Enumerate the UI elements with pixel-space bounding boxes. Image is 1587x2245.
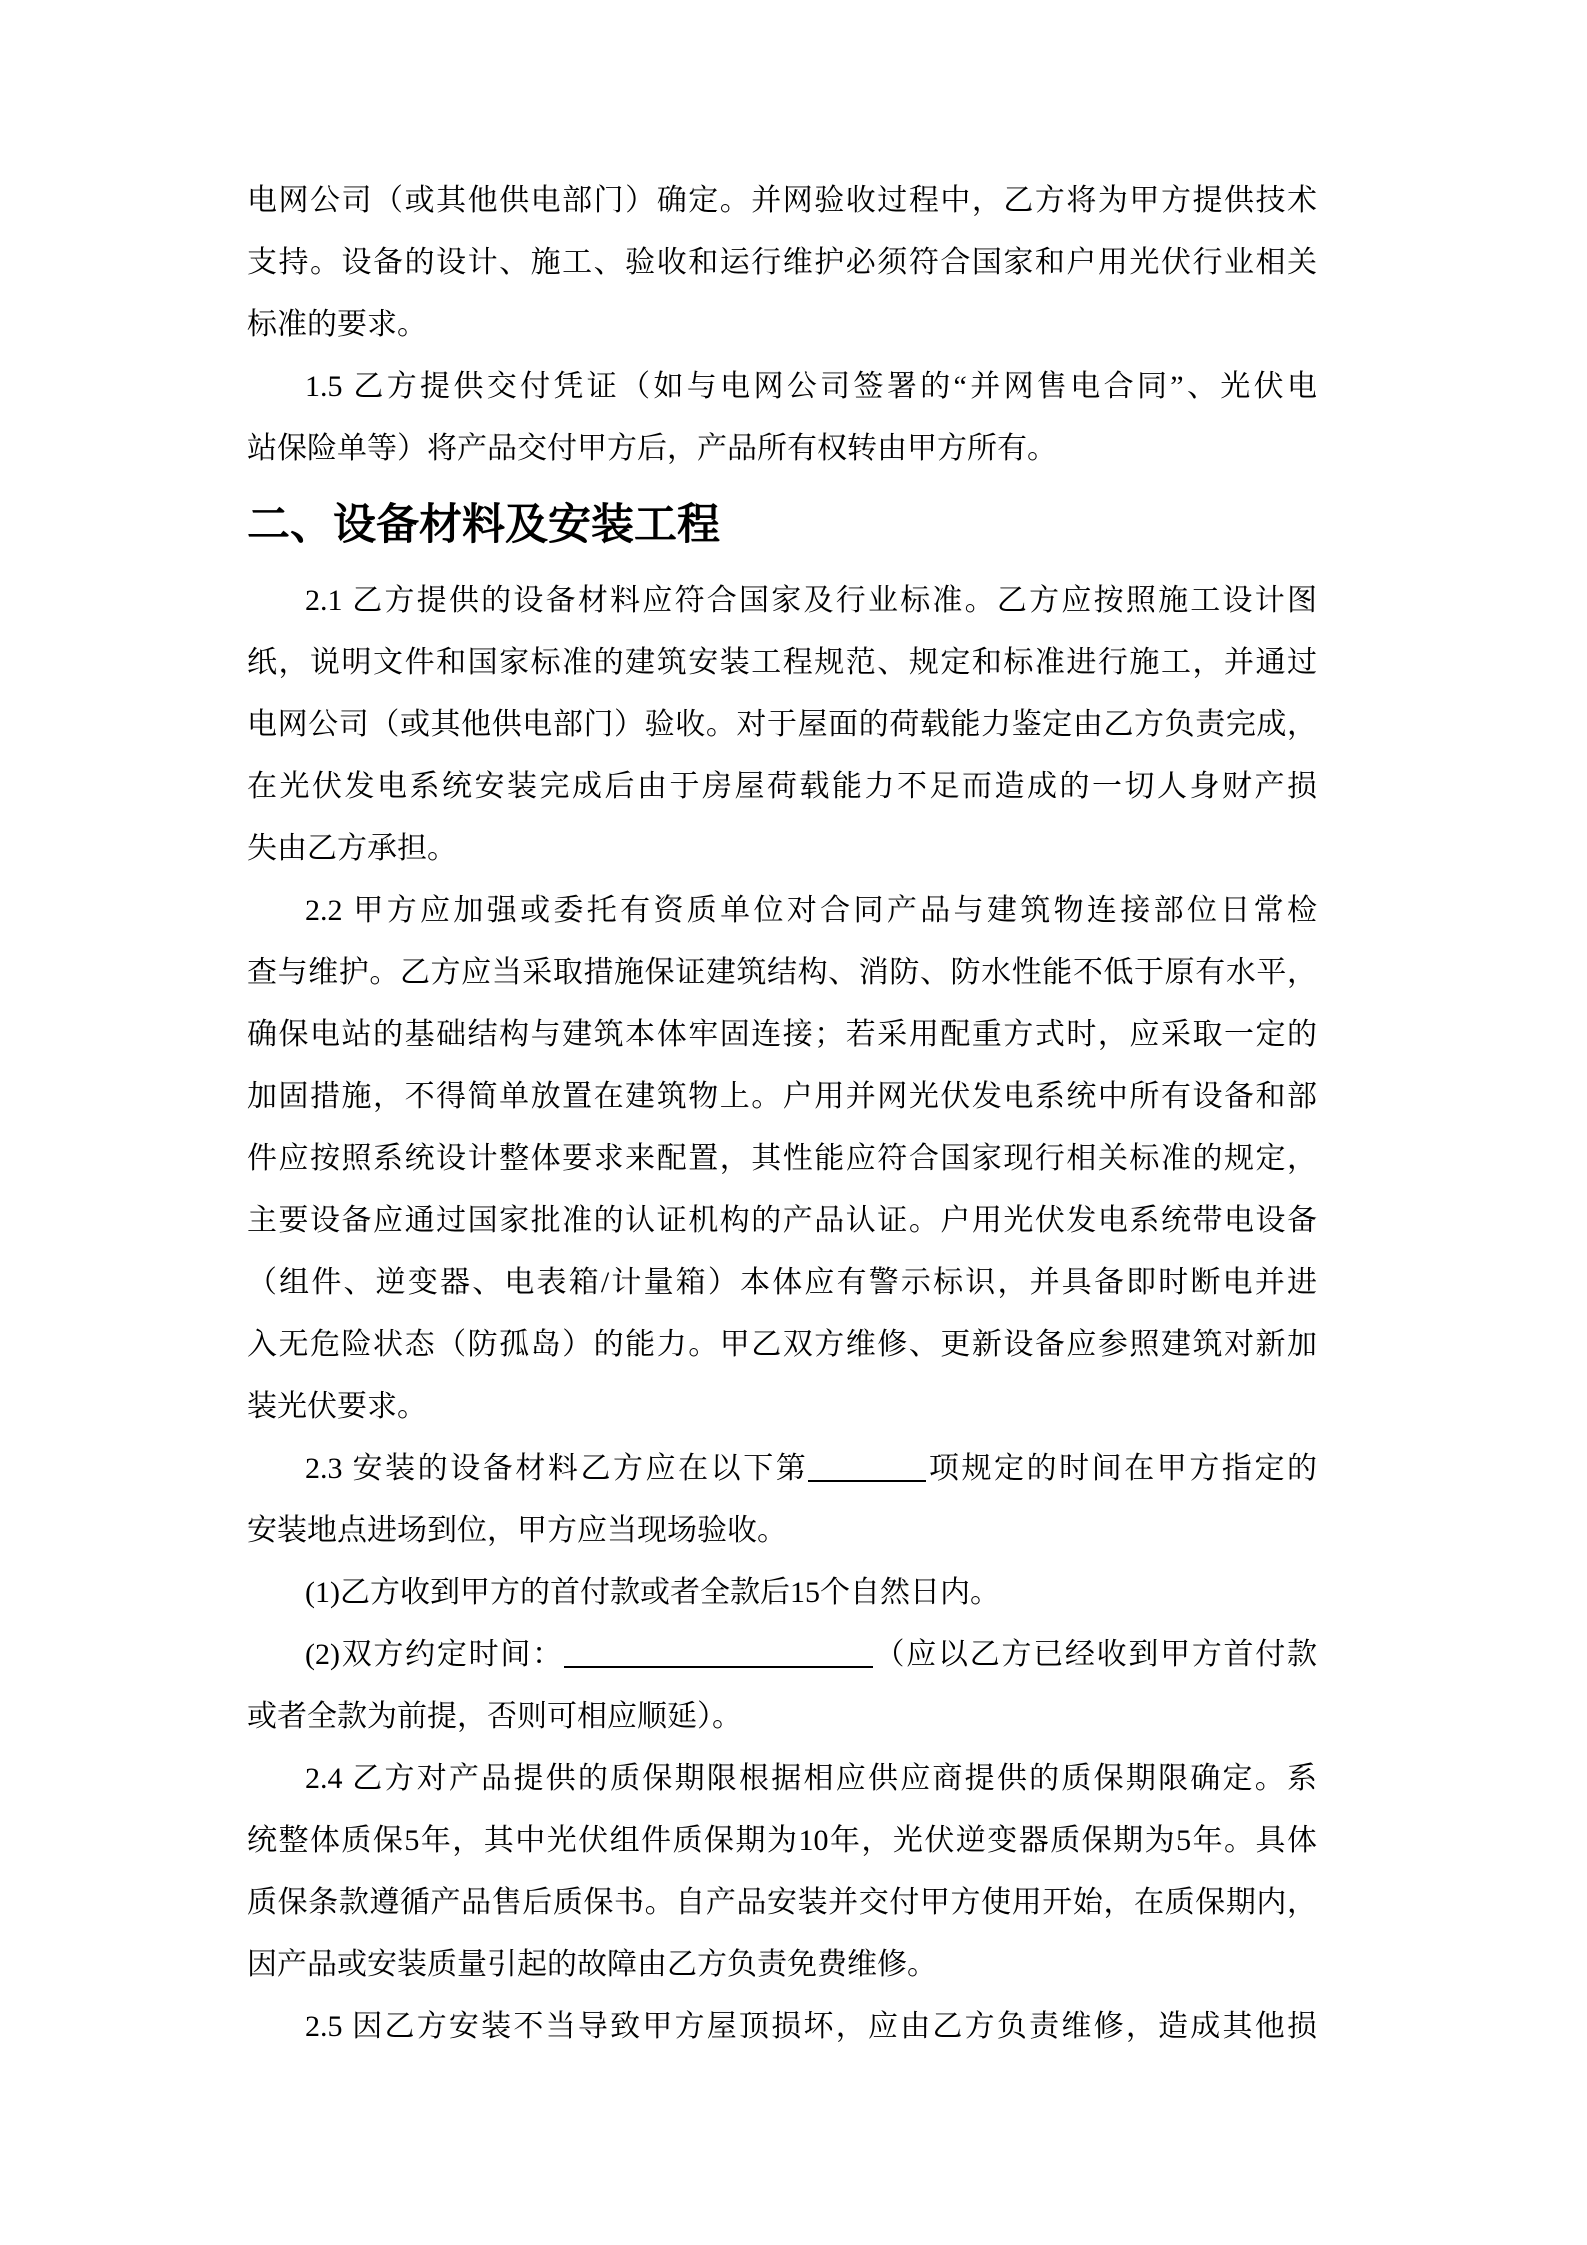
document-page: 电网公司（或其他供电部门）确定。并网验收过程中，乙方将为甲方提供技术 支持。设备…: [0, 0, 1587, 2245]
clause-text: （应以乙方已经收到甲方首付款: [873, 1638, 1317, 1671]
clause-line: 装光伏要求。: [247, 1376, 1317, 1438]
clause-line: (1)乙方收到甲方的首付款或者全款后15个自然日内。: [247, 1562, 1317, 1624]
clause-line: 因产品或安装质量引起的故障由乙方负责免费维修。: [247, 1934, 1317, 1996]
fill-in-blank: [564, 1658, 873, 1668]
clause-line: 2.1 乙方提供的设备材料应符合国家及行业标准。乙方应按照施工设计图: [247, 570, 1317, 632]
paragraph-2-3: 2.3 安装的设备材料乙方应在以下第项规定的时间在甲方指定的 安装地点进场到位，…: [247, 1438, 1317, 1562]
clause-line-with-blank: (2)双方约定时间：（应以乙方已经收到甲方首付款: [247, 1624, 1317, 1686]
clause-line: 件应按照系统设计整体要求来配置，其性能应符合国家现行相关标准的规定，: [247, 1128, 1317, 1190]
clause-line-with-blank: 2.3 安装的设备材料乙方应在以下第项规定的时间在甲方指定的: [247, 1438, 1317, 1500]
clause-line: 2.5 因乙方安装不当导致甲方屋顶损坏，应由乙方负责维修，造成其他损: [247, 1996, 1317, 2058]
clause-line: 质保条款遵循产品售后质保书。自产品安装并交付甲方使用开始，在质保期内，: [247, 1872, 1317, 1934]
clause-line: 2.4 乙方对产品提供的质保期限根据相应供应商提供的质保期限确定。系: [247, 1748, 1317, 1810]
paragraph-2-4: 2.4 乙方对产品提供的质保期限根据相应供应商提供的质保期限确定。系 统整体质保…: [247, 1748, 1317, 1996]
clause-text: 项规定的时间在甲方指定的: [926, 1452, 1317, 1485]
clause-line: 支持。设备的设计、施工、验收和运行维护必须符合国家和户用光伏行业相关: [247, 232, 1317, 294]
clause-line: 主要设备应通过国家批准的认证机构的产品认证。户用光伏发电系统带电设备: [247, 1190, 1317, 1252]
clause-line: 或者全款为前提，否则可相应顺延）。: [247, 1686, 1317, 1748]
clause-line: 电网公司（或其他供电部门）确定。并网验收过程中，乙方将为甲方提供技术: [247, 170, 1317, 232]
clause-line: （组件、逆变器、电表箱/计量箱）本体应有警示标识，并具备即时断电并进: [247, 1252, 1317, 1314]
clause-line: 查与维护。乙方应当采取措施保证建筑结构、消防、防水性能不低于原有水平，: [247, 942, 1317, 1004]
clause-line: 加固措施，不得简单放置在建筑物上。户用并网光伏发电系统中所有设备和部: [247, 1066, 1317, 1128]
paragraph-2-5: 2.5 因乙方安装不当导致甲方屋顶损坏，应由乙方负责维修，造成其他损: [247, 1996, 1317, 2058]
document-content: 电网公司（或其他供电部门）确定。并网验收过程中，乙方将为甲方提供技术 支持。设备…: [247, 170, 1317, 2058]
clause-line: 标准的要求。: [247, 294, 1317, 356]
clause-text: 2.3 安装的设备材料乙方应在以下第: [305, 1452, 808, 1485]
clause-text: (2)双方约定时间：: [305, 1638, 564, 1671]
clause-line: 1.5 乙方提供交付凭证（如与电网公司签署的“并网售电合同”、光伏电: [247, 356, 1317, 418]
paragraph-intro-continuation: 电网公司（或其他供电部门）确定。并网验收过程中，乙方将为甲方提供技术 支持。设备…: [247, 170, 1317, 356]
clause-line: 失由乙方承担。: [247, 818, 1317, 880]
paragraph-1-5: 1.5 乙方提供交付凭证（如与电网公司签署的“并网售电合同”、光伏电 站保险单等…: [247, 356, 1317, 480]
fill-in-blank: [808, 1472, 926, 1482]
list-item-2: (2)双方约定时间：（应以乙方已经收到甲方首付款 或者全款为前提，否则可相应顺延…: [247, 1624, 1317, 1748]
paragraph-2-1: 2.1 乙方提供的设备材料应符合国家及行业标准。乙方应按照施工设计图 纸，说明文…: [247, 570, 1317, 880]
section-heading: 二、设备材料及安装工程: [247, 480, 1317, 570]
clause-line: 确保电站的基础结构与建筑本体牢固连接；若采用配重方式时，应采取一定的: [247, 1004, 1317, 1066]
clause-line: 电网公司（或其他供电部门）验收。对于屋面的荷载能力鉴定由乙方负责完成，: [247, 694, 1317, 756]
clause-line: 入无危险状态（防孤岛）的能力。甲乙双方维修、更新设备应参照建筑对新加: [247, 1314, 1317, 1376]
clause-line: 纸，说明文件和国家标准的建筑安装工程规范、规定和标准进行施工，并通过: [247, 632, 1317, 694]
clause-line: 2.2 甲方应加强或委托有资质单位对合同产品与建筑物连接部位日常检: [247, 880, 1317, 942]
clause-line: 站保险单等）将产品交付甲方后，产品所有权转由甲方所有。: [247, 418, 1317, 480]
clause-line: 在光伏发电系统安装完成后由于房屋荷载能力不足而造成的一切人身财产损: [247, 756, 1317, 818]
clause-line: 安装地点进场到位，甲方应当现场验收。: [247, 1500, 1317, 1562]
paragraph-2-2: 2.2 甲方应加强或委托有资质单位对合同产品与建筑物连接部位日常检 查与维护。乙…: [247, 880, 1317, 1438]
list-item-1: (1)乙方收到甲方的首付款或者全款后15个自然日内。: [247, 1562, 1317, 1624]
clause-line: 统整体质保5年，其中光伏组件质保期为10年，光伏逆变器质保期为5年。具体: [247, 1810, 1317, 1872]
